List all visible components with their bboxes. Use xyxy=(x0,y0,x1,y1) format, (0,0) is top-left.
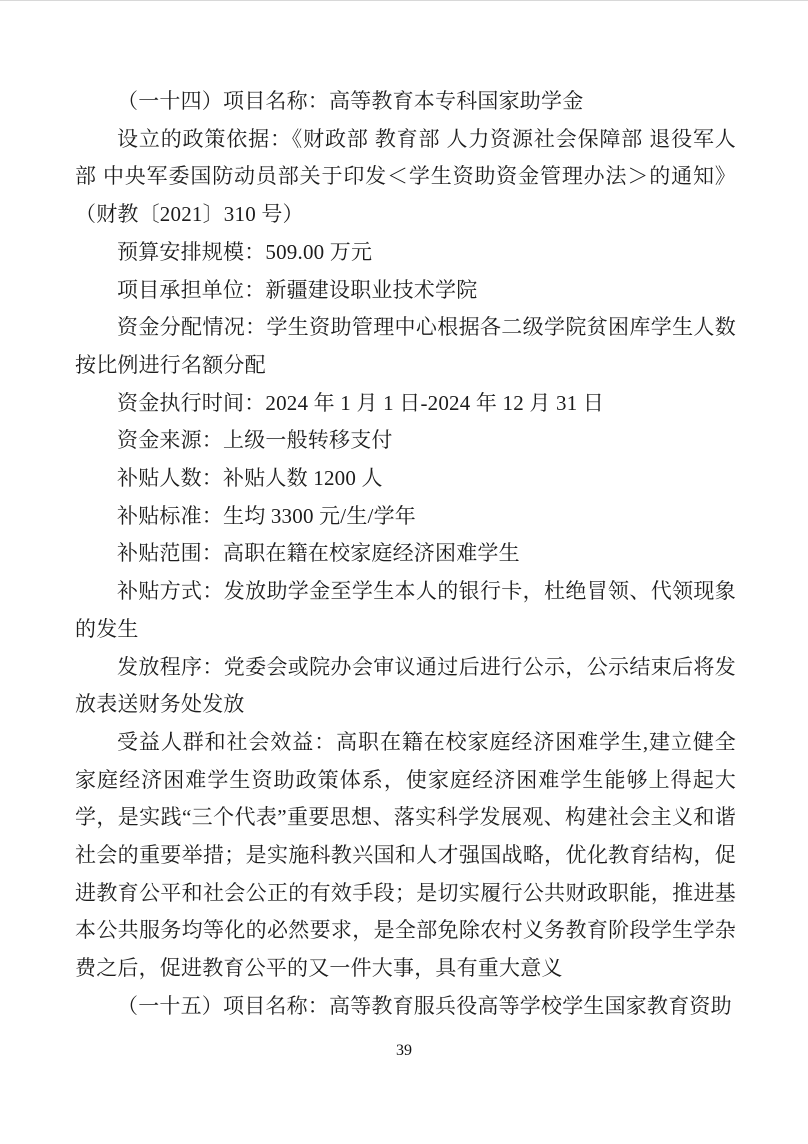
section-14-heading: （一十四）项目名称：高等教育本专科国家助学金 xyxy=(75,83,736,121)
subsidy-standard: 补贴标准：生均 3300 元/生/学年 xyxy=(75,498,736,536)
beneficiaries-and-social-benefit: 受益人群和社会效益：高职在籍在校家庭经济困难学生,建立健全家庭经济困难学生资助政… xyxy=(75,724,736,988)
document-page: （一十四）项目名称：高等教育本专科国家助学金设立的政策依据：《财政部 教育部 人… xyxy=(0,0,808,1144)
fund-allocation: 资金分配情况：学生资助管理中心根据各二级学院贫困库学生人数按比例进行名额分配 xyxy=(75,309,736,384)
undertaking-unit: 项目承担单位：新疆建设职业技术学院 xyxy=(75,272,736,310)
subsidy-method: 补贴方式：发放助学金至学生本人的银行卡，杜绝冒领、代领现象的发生 xyxy=(75,573,736,648)
document-body: （一十四）项目名称：高等教育本专科国家助学金设立的政策依据：《财政部 教育部 人… xyxy=(75,83,736,1026)
execution-period: 资金执行时间：2024 年 1 月 1 日-2024 年 12 月 31 日 xyxy=(75,385,736,423)
fund-source: 资金来源：上级一般转移支付 xyxy=(75,422,736,460)
subsidy-scope: 补贴范围：高职在籍在校家庭经济困难学生 xyxy=(75,535,736,573)
page-number: 39 xyxy=(0,1041,808,1061)
policy-basis: 设立的政策依据：《财政部 教育部 人力资源社会保障部 退役军人部 中央军委国防动… xyxy=(75,121,736,234)
subsidy-headcount: 补贴人数：补贴人数 1200 人 xyxy=(75,460,736,498)
budget-scale: 预算安排规模：509.00 万元 xyxy=(75,234,736,272)
section-15-heading: （一十五）项目名称：高等教育服兵役高等学校学生国家教育资助 xyxy=(75,988,736,1026)
issuance-procedure: 发放程序：党委会或院办会审议通过后进行公示，公示结束后将发放表送财务处发放 xyxy=(75,649,736,724)
